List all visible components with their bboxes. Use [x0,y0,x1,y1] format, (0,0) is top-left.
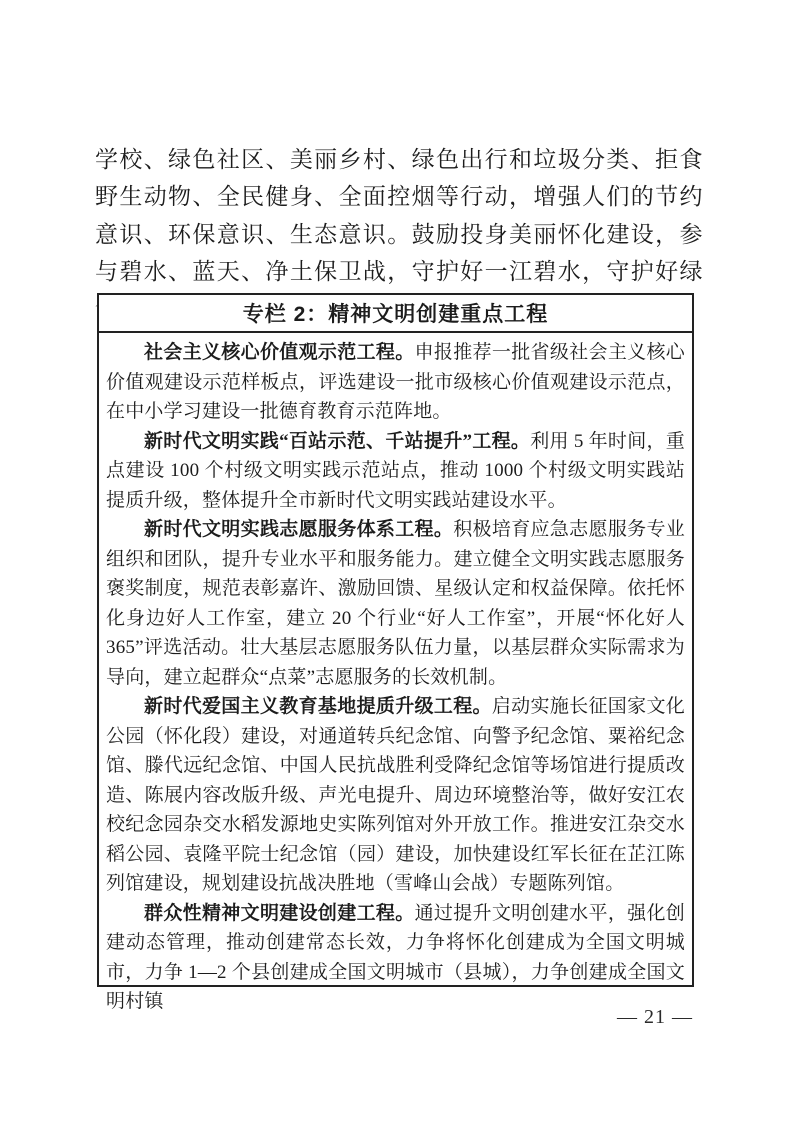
project-paragraph: 群众性精神文明建设创建工程。通过提升文明创建水平，强化创建动态管理，推动创建常态… [106,899,685,1017]
project-paragraph: 新时代爱国主义教育基地提质升级工程。启动实施长征国家文化公园（怀化段）建设，对通… [106,692,685,899]
column-box-body: 社会主义核心价值观示范工程。申报推荐一批省级社会主义核心价值观建设示范样板点，评… [99,333,692,1017]
paragraph-body: 启动实施长征国家文化公园（怀化段）建设，对通道转兵纪念馆、向警予纪念馆、粟裕纪念… [106,696,685,894]
paragraph-body: 积极培育应急志愿服务专业组织和团队，提升专业水平和服务能力。建立健全文明实践志愿… [106,519,685,688]
project-paragraph: 社会主义核心价值观示范工程。申报推荐一批省级社会主义核心价值观建设示范样板点，评… [106,338,685,427]
paragraph-lead: 社会主义核心价值观示范工程。 [144,342,415,363]
column-box-title: 专栏 2：精神文明创建重点工程 [99,295,692,333]
project-paragraph: 新时代文明实践“百站示范、千站提升”工程。利用 5 年时间，重点建设 100 个… [106,427,685,516]
paragraph-lead: 新时代爱国主义教育基地提质升级工程。 [144,696,492,717]
page-number: — 21 — [617,1006,693,1029]
paragraph-lead: 新时代文明实践“百站示范、千站提升”工程。 [144,431,530,452]
document-page: 学校、绿色社区、美丽乡村、绿色出行和垃圾分类、拒食野生动物、全民健身、全面控烟等… [0,0,793,1122]
project-paragraph: 新时代文明实践志愿服务体系工程。积极培育应急志愿服务专业组织和团队，提升专业水平… [106,515,685,692]
column-box: 专栏 2：精神文明创建重点工程 社会主义核心价值观示范工程。申报推荐一批省级社会… [97,293,694,987]
paragraph-lead: 新时代文明实践志愿服务体系工程。 [144,519,453,540]
paragraph-lead: 群众性精神文明建设创建工程。 [144,903,415,924]
